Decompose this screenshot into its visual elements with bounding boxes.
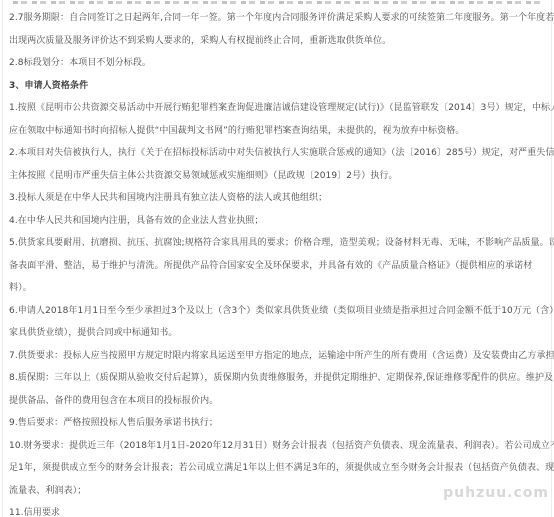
document-body: 2.7服务期限：自合同签订之日起两年,合同一年一签。第一个年度内合同服务评价满足… <box>9 7 551 517</box>
document-line: 1.按照《昆明市公共资源交易活动中开展行贿犯罪档案查询促进廉洁诚信建设管理规定(… <box>9 97 551 120</box>
document-line: 出现两次质量及服务评价达不到采购人要求的，采购人有权提前终止合同，重新选取供货单… <box>9 30 551 53</box>
section-heading: 3、申请人资格条件 <box>9 75 551 98</box>
document-line: 2.本项目对失信被执行人，执行《关于在招标投标活动中对失信被执行人实施联合惩戒的… <box>9 142 551 165</box>
document-line: 3.投标人须是在中华人民共和国境内注册具有独立法人资格的法人或其他组织； <box>9 187 551 210</box>
watermark: puhzuu.com <box>443 485 549 501</box>
document-line: 2.7服务期限：自合同签订之日起两年,合同一年一签。第一个年度内合同服务评价满足… <box>9 7 551 30</box>
document-line: 11.信用要求 <box>9 502 551 517</box>
document-line: 家具供货业绩），提供合同或中标通知书。 <box>9 322 551 345</box>
document-page: 2.7服务期限：自合同签订之日起两年,合同一年一签。第一个年度内合同服务评价满足… <box>2 0 552 517</box>
document-line: 备表面平滑、整洁，易于维护与清洗。所提供产品符合国家安全及环保要求，并具备有效的… <box>9 255 551 278</box>
document-line: 应在领取中标通知书时向招标人提供“中国裁判文书网”的行贿犯罪档案查询结果，未提供… <box>9 120 551 143</box>
clipped-text-line <box>13 1 541 4</box>
document-line: 8.质保期：三年以上（质保期从验收交付后起算），质保期内负责维修服务，并提供定期… <box>9 367 551 390</box>
document-line: 足1年，须提供成立至今的财务会计报表；若公司成立满足1年以上但不满足3年的，须提… <box>9 457 551 480</box>
document-line: 6.申请人2018年1月1日至今至少承担过3个及以上（含3个）类似家具供货业绩（… <box>9 300 551 323</box>
document-line: 10.财务要求：提供近三年（2018年1月1日-2020年12月31日）财务会计… <box>9 435 551 458</box>
document-line: 2.8标段划分：本项目不划分标段。 <box>9 52 551 75</box>
document-line: 提供备品、备件的费用包含在本项目的投标报价内。 <box>9 390 551 413</box>
document-line: 料）。 <box>9 277 551 300</box>
document-line: 5.供货家具要耐用、抗磨损、抗压、抗腐蚀;规格符合家具用具的要求；价格合理，造型… <box>9 232 551 255</box>
document-line: 7.供货要求：投标人应当按照甲方规定时限内将家具运送至甲方指定的地点，运输途中所… <box>9 345 551 368</box>
document-line: 9.售后要求：严格按照投标人售后服务承诺书执行； <box>9 412 551 435</box>
document-line: 4.在中华人民共和国境内注册，具备有效的企业法人营业执照； <box>9 210 551 233</box>
document-line: 主体按照《昆明市严重失信主体公共资源交易领域惩戒实施细则》（昆政规〔2019〕2… <box>9 165 551 188</box>
